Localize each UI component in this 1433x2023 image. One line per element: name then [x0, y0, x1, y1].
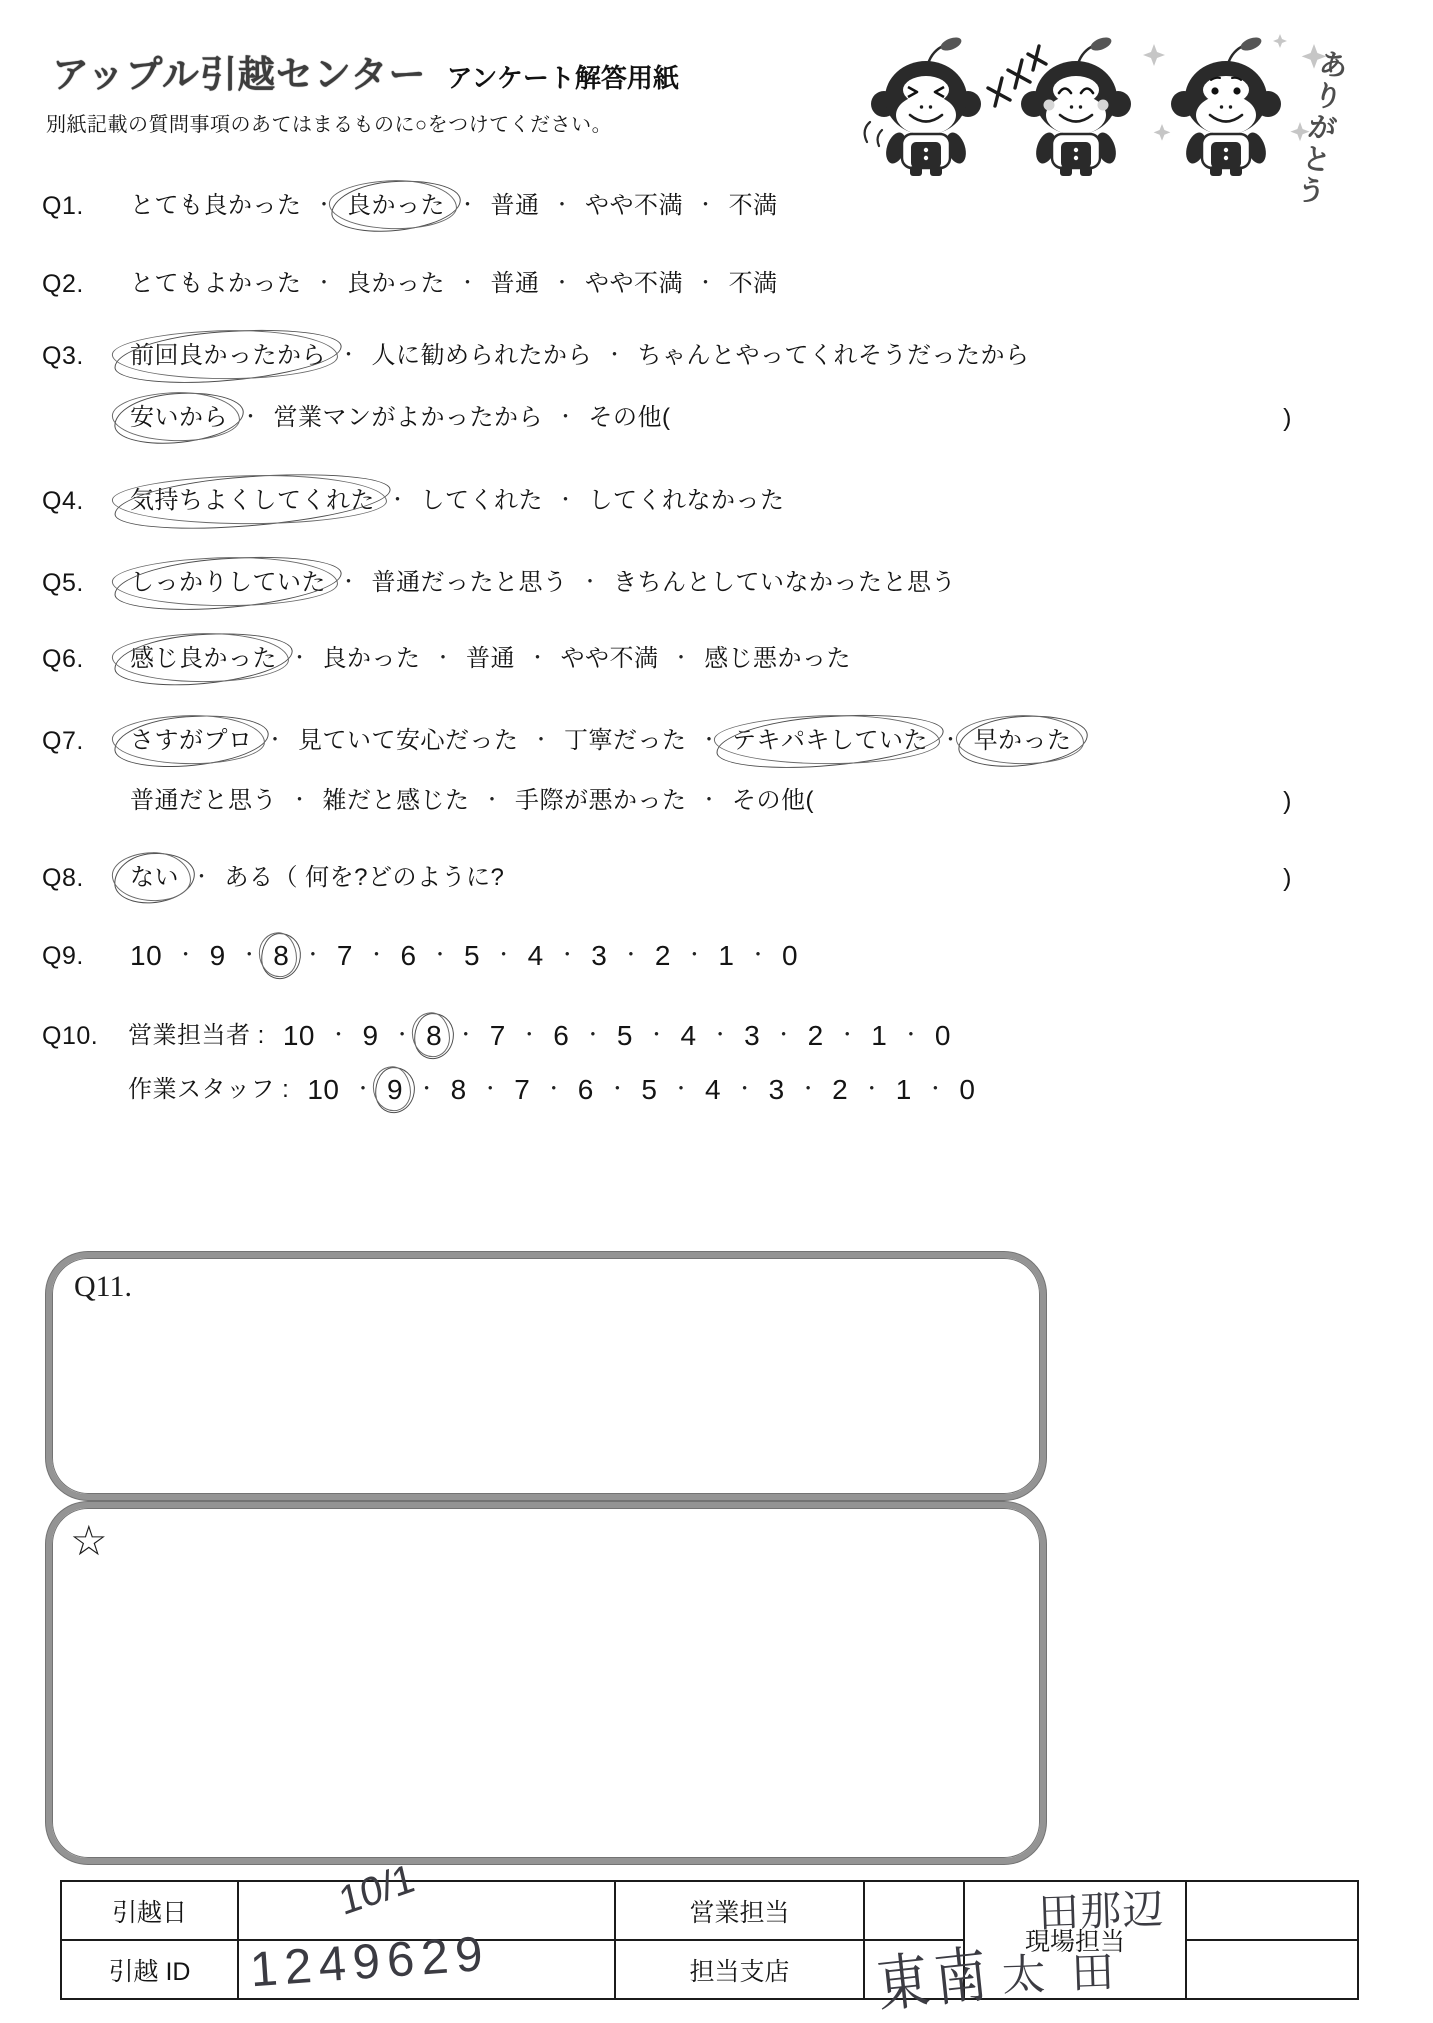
question-number: Q1.	[42, 191, 128, 221]
option-separator: ・	[711, 1021, 731, 1051]
options: 前回良かったから・人に勧められたから・ちゃんとやってくれそうだったから	[128, 340, 1032, 372]
option-separator: ・	[700, 786, 720, 816]
question-row: Q1.とても良かった・良かった・普通・やや不満・不満	[42, 190, 1292, 222]
option-separator: ・	[556, 403, 576, 433]
option-circled: 早かった	[972, 725, 1074, 757]
option: 普通	[489, 268, 542, 300]
option: 不満	[727, 190, 780, 222]
option: 3	[742, 1020, 762, 1052]
option: 4	[678, 1020, 698, 1052]
star-icon: ☆	[70, 1516, 108, 1565]
option-separator: ・	[290, 644, 310, 674]
option: 7	[335, 940, 355, 972]
option-separator: ・	[458, 269, 478, 299]
site-rep-bottom-cell	[1186, 1940, 1358, 1999]
options: さすがプロ・見ていて安心だった・丁寧だった・テキパキしていた・早かった	[128, 725, 1074, 757]
question-number: Q3.	[42, 341, 128, 371]
option: 普通	[489, 190, 542, 222]
handwritten-circle-mark	[413, 1012, 456, 1061]
option: 4	[526, 940, 546, 972]
option-separator: ・	[431, 941, 451, 971]
option: 0	[933, 1020, 953, 1052]
handwritten-circle-mark	[113, 550, 344, 616]
options: 10・9・8・7・6・5・4・3・2・1・0	[128, 940, 800, 972]
option: 感じ悪かった	[702, 643, 853, 675]
option: その他(	[587, 402, 673, 434]
options: 普通だと思う・雑だと感じた・手際が悪かった・その他(	[128, 785, 816, 817]
closing-paren: )	[1283, 863, 1292, 893]
option-separator: ・	[941, 726, 961, 756]
option-separator: ・	[456, 1021, 476, 1051]
branch-value-cell	[864, 1940, 964, 1999]
option-separator: ・	[528, 644, 548, 674]
option: とてもよかった	[128, 268, 304, 300]
option-circled: 9	[385, 1074, 405, 1106]
option-separator: ・	[434, 644, 454, 674]
question-row: Q7.さすがプロ・見ていて安心だった・丁寧だった・テキパキしていた・早かった	[42, 725, 1292, 757]
option-circled: 8	[271, 940, 291, 972]
option-separator: ・	[176, 941, 196, 971]
footer-info-table: 引越日 営業担当 現場担当 引越 ID 担当支店	[60, 1880, 1359, 2000]
option-separator: ・	[483, 786, 503, 816]
option: やや不満	[559, 643, 661, 675]
option-circled: テキパキしていた	[730, 725, 930, 757]
option-separator: ・	[339, 341, 359, 371]
option: 3	[589, 940, 609, 972]
option: してくれた	[419, 485, 546, 517]
option-separator: ・	[671, 1075, 691, 1105]
option: 2	[806, 1020, 826, 1052]
option-separator: ・	[621, 941, 641, 971]
site-rep-label: 現場担当	[964, 1881, 1186, 1999]
option: 普通	[464, 643, 517, 675]
option: 10	[281, 1020, 317, 1052]
option-separator: ・	[481, 1075, 501, 1105]
move-date-label: 引越日	[61, 1881, 238, 1940]
question-row: Q9.10・9・8・7・6・5・4・3・2・1・0	[42, 940, 1292, 972]
option-separator: ・	[901, 1021, 921, 1051]
options: 10・9・8・7・6・5・4・3・2・1・0	[305, 1074, 977, 1106]
option-separator: ・	[417, 1075, 437, 1105]
option-separator: ・	[700, 726, 720, 756]
option: してくれなかった	[587, 485, 787, 517]
option: 10	[305, 1074, 341, 1106]
option-separator: ・	[774, 1021, 794, 1051]
option-group-label: 営業担当者 :	[128, 1021, 265, 1051]
q11-answer-box: Q11.	[46, 1252, 1046, 1500]
option-circled: さすがプロ	[128, 725, 255, 757]
option-separator: ・	[672, 644, 692, 674]
option: 10	[128, 940, 164, 972]
option-separator: ・	[393, 1021, 413, 1051]
sales-rep-label: 営業担当	[615, 1881, 864, 1940]
option-separator: ・	[553, 191, 573, 221]
question-row: Q10.営業担当者 :10・9・8・7・6・5・4・3・2・1・0	[42, 1020, 1292, 1052]
option-separator: ・	[647, 1021, 667, 1051]
option: 0	[957, 1074, 977, 1106]
option: 1	[869, 1020, 889, 1052]
option: ちゃんとやってくれそうだったから	[636, 340, 1032, 372]
option-separator: ・	[367, 941, 387, 971]
option-separator: ・	[241, 403, 261, 433]
handwritten-circle-mark	[260, 932, 303, 981]
option: 5	[639, 1074, 659, 1106]
question-number: Q5.	[42, 568, 128, 598]
option-circled: 安いから	[128, 402, 230, 434]
option-separator: ・	[544, 1075, 564, 1105]
site-rep-top-cell	[1186, 1881, 1358, 1940]
option-separator: ・	[799, 1075, 819, 1105]
option: 丁寧だった	[562, 725, 689, 757]
option: 不満	[727, 268, 780, 300]
options: ない・ある（ 何を?どのように?	[128, 862, 506, 894]
option: 7	[488, 1020, 508, 1052]
branch-label: 担当支店	[615, 1940, 864, 1999]
option: 4	[703, 1074, 723, 1106]
question-row: Q4.気持ちよくしてくれた・してくれた・してくれなかった	[42, 485, 1292, 517]
option-group-label: 作業スタッフ :	[128, 1075, 289, 1105]
handwritten-circle-mark	[715, 708, 946, 774]
question-number: Q10.	[42, 1021, 128, 1051]
option-separator: ・	[926, 1075, 946, 1105]
option: 6	[551, 1020, 571, 1052]
option: 5	[615, 1020, 635, 1052]
option: 5	[462, 940, 482, 972]
questions: Q1.とても良かった・良かった・普通・やや不満・不満Q2.とてもよかった・良かっ…	[0, 0, 1433, 1150]
option-separator: ・	[458, 191, 478, 221]
option: 1	[894, 1074, 914, 1106]
handwritten-circle-mark	[112, 628, 294, 690]
handwritten-circle-mark	[956, 712, 1089, 771]
option-separator: ・	[556, 486, 576, 516]
option-circled: ない	[128, 862, 181, 894]
option: 人に勧められたから	[370, 340, 595, 372]
option-separator: ・	[735, 1075, 755, 1105]
closing-paren: )	[1283, 786, 1292, 816]
question-row: 安いから・営業マンがよかったから・その他()	[42, 402, 1292, 434]
question-row: Q2.とてもよかった・良かった・普通・やや不満・不満	[42, 268, 1292, 300]
option-circled: 良かった	[345, 190, 447, 222]
option: 6	[398, 940, 418, 972]
option-separator: ・	[583, 1021, 603, 1051]
option: 0	[780, 940, 800, 972]
question-row: Q8.ない・ある（ 何を?どのように?)	[42, 862, 1292, 894]
option: 普通だと思う	[128, 785, 279, 817]
option-separator: ・	[696, 269, 716, 299]
closing-paren: )	[1283, 403, 1292, 433]
handwritten-circle-mark	[112, 711, 270, 772]
option: やや不満	[583, 190, 685, 222]
option-separator: ・	[520, 1021, 540, 1051]
option-separator: ・	[558, 941, 578, 971]
option: 普通だったと思う	[370, 567, 570, 599]
options: とてもよかった・良かった・普通・やや不満・不満	[128, 268, 780, 300]
question-row: 普通だと思う・雑だと感じた・手際が悪かった・その他()	[42, 785, 1292, 817]
options: とても良かった・良かった・普通・やや不満・不満	[128, 190, 780, 222]
option-separator: ・	[290, 786, 310, 816]
table-row: 引越日 営業担当 現場担当	[61, 1881, 1358, 1940]
options: 感じ良かった・良かった・普通・やや不満・感じ悪かった	[128, 643, 853, 675]
question-row: Q5.しっかりしていた・普通だったと思う・きちんとしていなかったと思う	[42, 567, 1292, 599]
option-circled: しっかりしていた	[128, 567, 328, 599]
move-id-value-cell	[238, 1940, 615, 1999]
option-separator: ・	[532, 726, 552, 756]
option-separator: ・	[329, 1021, 349, 1051]
option-separator: ・	[553, 269, 573, 299]
question-row: 作業スタッフ :10・9・8・7・6・5・4・3・2・1・0	[42, 1074, 1292, 1106]
option: 手際が悪かった	[513, 785, 689, 817]
option-separator: ・	[838, 1021, 858, 1051]
option: 6	[576, 1074, 596, 1106]
option: 見ていて安心だった	[296, 725, 521, 757]
question-row: Q3.前回良かったから・人に勧められたから・ちゃんとやってくれそうだったから	[42, 340, 1292, 372]
option-separator: ・	[685, 941, 705, 971]
option-separator: ・	[266, 726, 286, 756]
handwritten-circle-mark	[113, 466, 393, 535]
option: 9	[208, 940, 228, 972]
option-separator: ・	[315, 191, 335, 221]
option-separator: ・	[388, 486, 408, 516]
handwritten-circle-mark	[113, 323, 344, 389]
option-separator: ・	[240, 941, 260, 971]
options: 10・9・8・7・6・5・4・3・2・1・0	[281, 1020, 953, 1052]
option: 1	[716, 940, 736, 972]
option-separator: ・	[494, 941, 514, 971]
option-separator: ・	[339, 568, 359, 598]
option-separator: ・	[608, 1075, 628, 1105]
option-separator: ・	[696, 191, 716, 221]
question-row: Q6.感じ良かった・良かった・普通・やや不満・感じ悪かった	[42, 643, 1292, 675]
star-answer-box: ☆	[46, 1502, 1046, 1864]
option-separator: ・	[581, 568, 601, 598]
question-number: Q6.	[42, 644, 128, 674]
handwritten-circle-mark	[112, 389, 245, 448]
move-date-value-cell	[238, 1881, 615, 1940]
option: 9	[361, 1020, 381, 1052]
option-circled: 気持ちよくしてくれた	[128, 485, 377, 517]
option: やや不満	[583, 268, 685, 300]
option-separator: ・	[605, 341, 625, 371]
option: 3	[767, 1074, 787, 1106]
q11-label: Q11.	[74, 1270, 132, 1304]
option-separator: ・	[354, 1075, 374, 1105]
question-number: Q2.	[42, 269, 128, 299]
options: 安いから・営業マンがよかったから・その他(	[128, 402, 673, 434]
option: 良かった	[345, 268, 447, 300]
survey-sheet: アップル引越センター アンケート解答用紙 別紙記載の質問事項のあてはまるものに○…	[0, 0, 1433, 2023]
question-number: Q9.	[42, 941, 128, 971]
option: 7	[512, 1074, 532, 1106]
option-circled: 前回良かったから	[128, 340, 328, 372]
question-number: Q7.	[42, 726, 128, 756]
options: しっかりしていた・普通だったと思う・きちんとしていなかったと思う	[128, 567, 958, 599]
handwritten-circle-mark	[329, 177, 462, 236]
option: きちんとしていなかったと思う	[611, 567, 958, 599]
handwritten-circle-mark	[373, 1066, 416, 1115]
option-separator: ・	[315, 269, 335, 299]
option: 2	[830, 1074, 850, 1106]
option: ある（ 何を?どのように?	[223, 862, 507, 894]
option: とても良かった	[128, 190, 304, 222]
option: その他(	[730, 785, 816, 817]
option-separator: ・	[862, 1075, 882, 1105]
option-circled: 8	[424, 1020, 444, 1052]
option-circled: 感じ良かった	[128, 643, 279, 675]
question-number: Q4.	[42, 486, 128, 516]
move-id-label: 引越 ID	[61, 1940, 238, 1999]
option: 良かった	[321, 643, 423, 675]
option: 雑だと感じた	[321, 785, 472, 817]
options: 気持ちよくしてくれた・してくれた・してくれなかった	[128, 485, 787, 517]
option-separator: ・	[749, 941, 769, 971]
option-separator: ・	[192, 863, 212, 893]
sales-rep-value-cell	[864, 1881, 964, 1940]
option: 営業マンがよかったから	[272, 402, 546, 434]
option: 2	[653, 940, 673, 972]
option: 8	[449, 1074, 469, 1106]
question-number: Q8.	[42, 863, 128, 893]
option-separator: ・	[303, 941, 323, 971]
